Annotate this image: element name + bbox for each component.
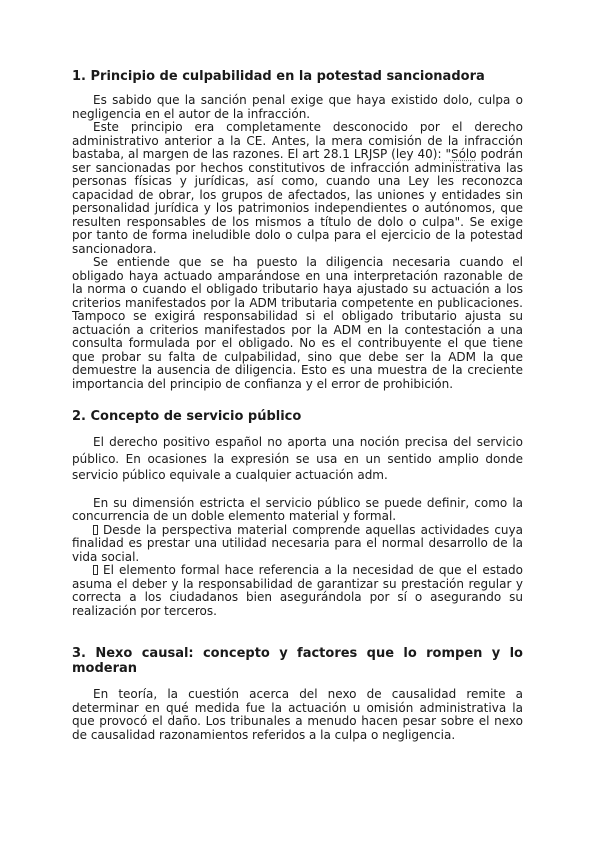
section-nexo-causal: 3. Nexo causal: concepto y factores que … bbox=[72, 646, 523, 742]
paragraph: Se entiende que se ha puesto la diligenc… bbox=[72, 256, 523, 391]
document-page: 1. Principio de culpabilidad en la potes… bbox=[0, 0, 599, 848]
missing-glyph-box-icon bbox=[93, 565, 98, 575]
section-culpabilidad: 1. Principio de culpabilidad en la potes… bbox=[72, 69, 523, 391]
missing-glyph-box-icon bbox=[93, 525, 98, 535]
spellcheck-underlined-word: Sólo bbox=[451, 147, 477, 161]
bullet-paragraph: Desde la perspectiva material comprende … bbox=[72, 524, 523, 565]
paragraph: Es sabido que la sanción penal exige que… bbox=[72, 94, 523, 121]
paragraph: En teoría, la cuestión acerca del nexo d… bbox=[72, 688, 523, 742]
section-3-heading: 3. Nexo causal: concepto y factores que … bbox=[72, 646, 523, 676]
paragraph: Este principio era completamente descono… bbox=[72, 121, 523, 256]
section-servicio-publico: 2. Concepto de servicio público El derec… bbox=[72, 409, 523, 618]
paragraph: El derecho positivo español no aporta un… bbox=[72, 434, 523, 484]
paragraph-text: podrán ser sancionadas por hechos consti… bbox=[72, 147, 523, 256]
paragraph-text: El elemento formal hace referencia a la … bbox=[72, 563, 523, 618]
bullet-paragraph: El elemento formal hace referencia a la … bbox=[72, 564, 523, 618]
paragraph-text: Desde la perspectiva material comprende … bbox=[72, 523, 523, 564]
section-2-heading: 2. Concepto de servicio público bbox=[72, 409, 523, 424]
section-1-heading: 1. Principio de culpabilidad en la potes… bbox=[72, 69, 523, 84]
paragraph: En su dimensión estricta el servicio púb… bbox=[72, 497, 523, 524]
